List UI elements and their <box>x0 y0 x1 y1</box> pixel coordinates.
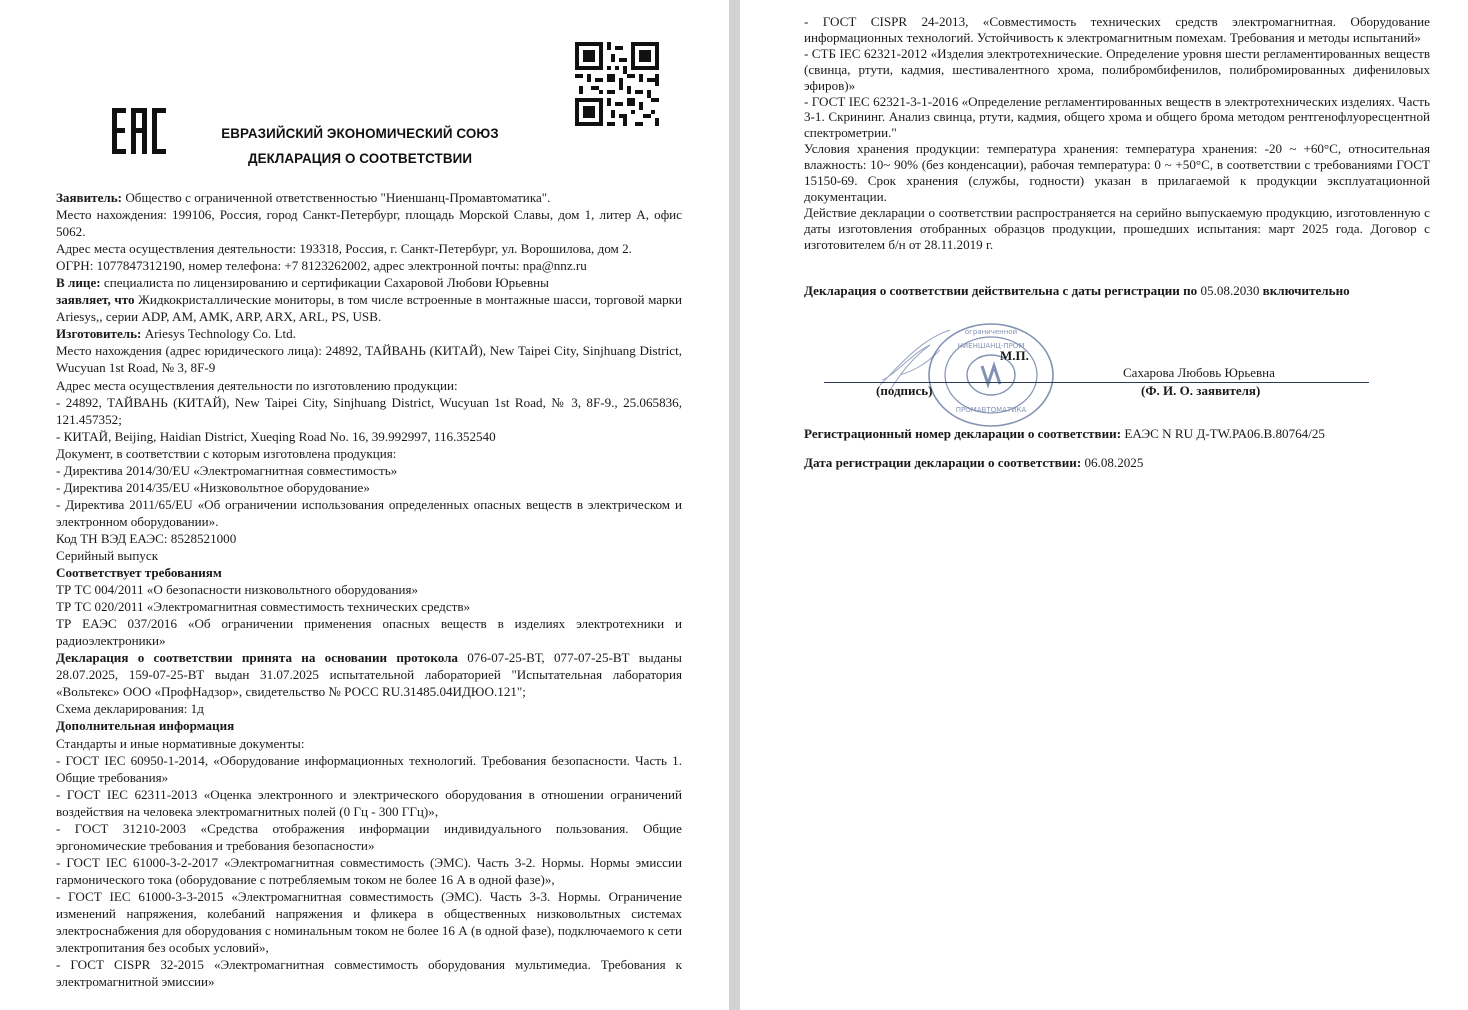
validity-statement: Декларация о соответствии действительна … <box>804 283 1444 299</box>
release-type: Серийный выпуск <box>56 547 682 564</box>
standards-label: Стандарты и иные нормативные документы: <box>56 735 682 752</box>
declaration-scheme: Схема декларирования: 1д <box>56 700 682 717</box>
applicant-person: В лице: специалиста по лицензированию и … <box>56 274 682 291</box>
additional-info-label: Дополнительная информация <box>56 717 682 734</box>
applicant-line: Заявитель: Общество с ограниченной ответ… <box>56 189 682 206</box>
declaration-body-left: Заявитель: Общество с ограниченной ответ… <box>56 189 682 990</box>
standard-item: - ГОСТ IEC 62321-3-1-2016 «Определение р… <box>804 94 1430 142</box>
basis-protocol: Декларация о соответствии принята на осн… <box>56 649 682 700</box>
qr-code-icon <box>575 42 659 126</box>
declaration-scope: Действие декларации о соответствии распр… <box>804 205 1430 253</box>
validity-date: 05.08.2030 <box>1197 283 1262 298</box>
standard-item: - ГОСТ IEC 61000-3-2-2017 «Электромагнит… <box>56 854 682 888</box>
standard-item: - ГОСТ IEC 60950-1-2014, «Оборудование и… <box>56 752 682 786</box>
signature-label: (подпись) <box>876 383 932 399</box>
applicant-activity-address: Адрес места осуществления деятельности: … <box>56 240 682 257</box>
standard-item: - СТБ IEC 62321-2012 «Изделия электротех… <box>804 46 1430 94</box>
union-title: ЕВРАЗИЙСКИЙ ЭКОНОМИЧЕСКИЙ СОЮЗ <box>180 126 540 141</box>
requirement-item: ТР ТС 020/2011 «Электромагнитная совмест… <box>56 598 682 615</box>
document-item: - Директива 2011/65/EU «Об ограничении и… <box>56 496 682 530</box>
requirement-item: ТР ТС 004/2011 «О безопасности низковоль… <box>56 581 682 598</box>
standard-item: - ГОСТ IEC 62311-2013 «Оценка электронно… <box>56 786 682 820</box>
production-site: - 24892, ТАЙВАНЬ (КИТАЙ), New Taipei Cit… <box>56 394 682 428</box>
production-label: Адрес места осуществления деятельности п… <box>56 377 682 394</box>
standard-item: - ГОСТ 31210-2003 «Средства отображения … <box>56 820 682 854</box>
tn-ved-code: Код ТН ВЭД ЕАЭС: 8528521000 <box>56 530 682 547</box>
document-item: - Директива 2014/35/EU «Низковольтное об… <box>56 479 682 496</box>
applicant-contacts: ОГРН: 1077847312190, номер телефона: +7 … <box>56 257 682 274</box>
signatory-name: Сахарова Любовь Юрьевна <box>1123 365 1275 381</box>
registration-number: Регистрационный номер декларации о соотв… <box>804 426 1325 442</box>
standard-item: - ГОСТ CISPR 24-2013, «Совместимость тех… <box>804 14 1430 46</box>
requirement-item: ТР ЕАЭС 037/2016 «Об ограничении примене… <box>56 615 682 649</box>
manufacturer-line: Изготовитель: Ariesys Technology Co. Ltd… <box>56 325 682 342</box>
product-description: заявляет, что Жидкокристаллические монит… <box>56 291 682 325</box>
standard-item: - ГОСТ CISPR 32-2015 «Электромагнитная с… <box>56 956 682 990</box>
declaration-body-right: - ГОСТ CISPR 24-2013, «Совместимость тех… <box>804 14 1430 253</box>
requirements-label: Соответствует требованиям <box>56 564 682 581</box>
stamp-mark: М.П. <box>1000 348 1029 364</box>
signatory-name-label: (Ф. И. О. заявителя) <box>1141 383 1260 399</box>
standard-item: - ГОСТ IEC 61000-3-3-2015 «Электромагнит… <box>56 888 682 956</box>
document-item: - Директива 2014/30/EU «Электромагнитная… <box>56 462 682 479</box>
documents-label: Документ, в соответствии с которым изгот… <box>56 445 682 462</box>
applicant-location: Место нахождения: 199106, Россия, город … <box>56 206 682 240</box>
production-site: - КИТАЙ, Beijing, Haidian District, Xueq… <box>56 428 682 445</box>
eac-logo-icon <box>110 106 168 156</box>
manufacturer-location: Место нахождения (адрес юридического лиц… <box>56 342 682 376</box>
page-separator <box>729 0 740 1010</box>
storage-conditions: Условия хранения продукции: температура … <box>804 141 1430 205</box>
registration-date: Дата регистрации декларации о соответств… <box>804 455 1143 471</box>
document-title: ДЕКЛАРАЦИЯ О СООТВЕТСТВИИ <box>180 151 540 166</box>
